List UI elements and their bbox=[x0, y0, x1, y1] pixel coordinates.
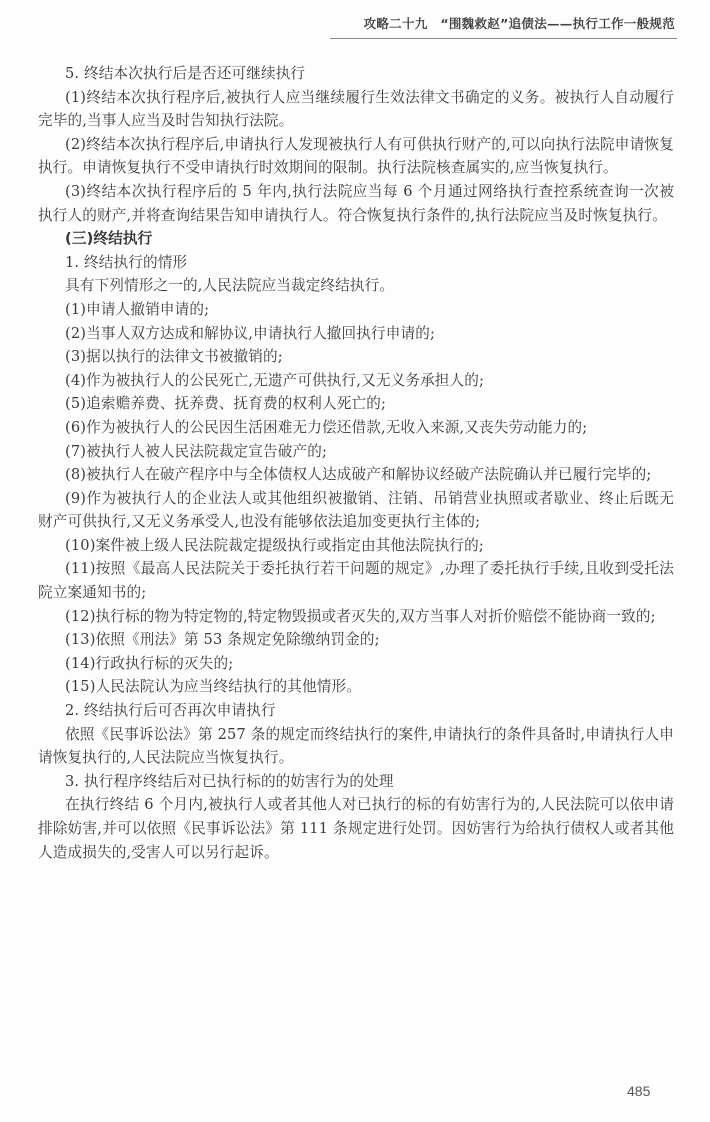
page-number: 485 bbox=[627, 1083, 650, 1099]
subsection-title: 1. 终结执行的情形 bbox=[38, 251, 674, 275]
list-item: (10)案件被上级人民法院裁定提级执行或指定由其他法院执行的; bbox=[38, 534, 674, 558]
list-item: (3)据以执行的法律文书被撤销的; bbox=[38, 345, 674, 369]
subsection-title: 3. 执行程序终结后对已执行标的的妨害行为的处理 bbox=[38, 770, 674, 794]
paragraph: (2)终结本次执行程序后,申请执行人发现被执行人有可供执行财产的,可以向执行法院… bbox=[38, 133, 674, 180]
list-item: (15)人民法院认为应当终结执行的其他情形。 bbox=[38, 675, 674, 699]
section-heading: (三)终结执行 bbox=[38, 227, 674, 251]
list-item: (8)被执行人在破产程序中与全体债权人达成破产和解协议经破产法院确认并已履行完毕… bbox=[38, 463, 674, 487]
paragraph: (3)终结本次执行程序后的 5 年内,执行法院应当每 6 个月通过网络执行查控系… bbox=[38, 180, 674, 227]
subsection-title: 5. 终结本次执行后是否还可继续执行 bbox=[38, 62, 674, 86]
list-item: (12)执行标的物为特定物的,特定物毁损或者灭失的,双方当事人对折价赔偿不能协商… bbox=[38, 605, 674, 629]
page-body: 5. 终结本次执行后是否还可继续执行 (1)终结本次执行程序后,被执行人应当继续… bbox=[38, 62, 674, 864]
running-header: 攻略二十九 “围魏救赵”追债法——执行工作一般规范 bbox=[330, 14, 675, 32]
list-item: (5)追索赡养费、抚养费、抚育费的权利人死亡的; bbox=[38, 392, 674, 416]
paragraph: (1)终结本次执行程序后,被执行人应当继续履行生效法律文书确定的义务。被执行人自… bbox=[38, 86, 674, 133]
list-item: (13)依照《刑法》第 53 条规定免除缴纳罚金的; bbox=[38, 628, 674, 652]
header-divider bbox=[330, 38, 677, 39]
paragraph: 具有下列情形之一的,人民法院应当裁定终结执行。 bbox=[38, 274, 674, 298]
list-item: (11)按照《最高人民法院关于委托执行若干问题的规定》,办理了委托执行手续,且收… bbox=[38, 557, 674, 604]
list-item: (7)被执行人被人民法院裁定宣告破产的; bbox=[38, 440, 674, 464]
list-item: (9)作为被执行人的企业法人或其他组织被撤销、注销、吊销营业执照或者歇业、终止后… bbox=[38, 487, 674, 534]
list-item: (1)申请人撤销申请的; bbox=[38, 298, 674, 322]
list-item: (4)作为被执行人的公民死亡,无遗产可供执行,又无义务承担人的; bbox=[38, 369, 674, 393]
list-item: (6)作为被执行人的公民因生活困难无力偿还借款,无收入来源,又丧失劳动能力的; bbox=[38, 416, 674, 440]
paragraph: 在执行终结 6 个月内,被执行人或者其他人对已执行的标的有妨害行为的,人民法院可… bbox=[38, 793, 674, 864]
list-item: (2)当事人双方达成和解协议,申请执行人撤回执行申请的; bbox=[38, 322, 674, 346]
subsection-title: 2. 终结执行后可否再次申请执行 bbox=[38, 699, 674, 723]
list-item: (14)行政执行标的灭失的; bbox=[38, 652, 674, 676]
paragraph: 依照《民事诉讼法》第 257 条的规定而终结执行的案件,申请执行的条件具备时,申… bbox=[38, 723, 674, 770]
